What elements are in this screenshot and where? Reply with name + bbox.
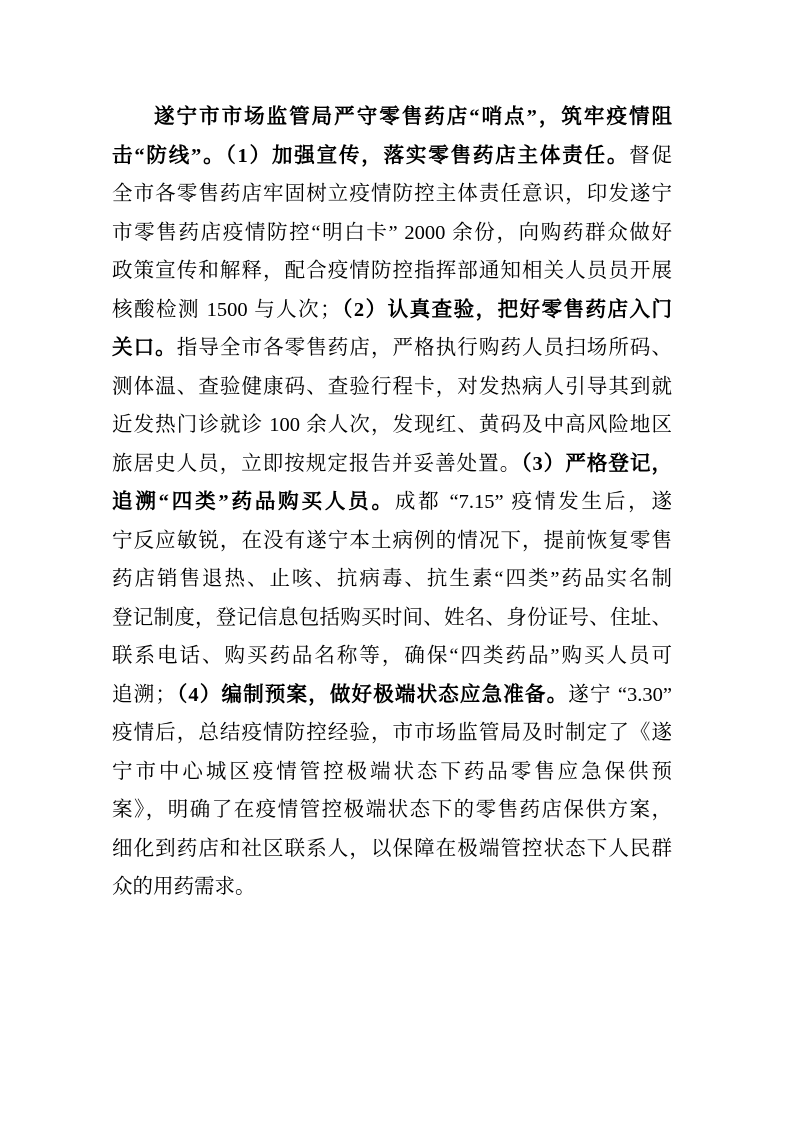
text-line: 案》，明确了在疫情管控极端状态下的零售药店保供方案， bbox=[112, 791, 672, 830]
text-segment: 药店销售退热、止咳、抗病毒、抗生素“四类”药品实名制 bbox=[112, 568, 672, 590]
text-segment: 疫情后，总结疫情防控经验，市市场监管局及时制定了《遂 bbox=[112, 722, 672, 744]
text-line: 关口。指导全市各零售药店，严格执行购药人员扫场所码、 bbox=[112, 329, 672, 368]
bold-text-segment: （2）认真查验，把好零售药店入门 bbox=[341, 299, 672, 321]
text-line: 近发热门诊就诊 100 余人次，发现红、黄码及中高风险地区 bbox=[112, 406, 672, 445]
text-line: 遂宁市市场监管局严守零售药店“哨点”，筑牢疫情阻 bbox=[112, 98, 672, 137]
text-line: 药店销售退热、止咳、抗病毒、抗生素“四类”药品实名制 bbox=[112, 560, 672, 599]
text-segment: 宁市中心城区疫情管控极端状态下药品零售应急保供预 bbox=[112, 761, 672, 783]
text-line: 细化到药店和社区联系人，以保障在极端管控状态下人民群 bbox=[112, 830, 672, 869]
text-segment: 督促 bbox=[629, 145, 672, 167]
bold-text-segment: 击“防线”。（1）加强宣传，落实零售药店主体责任。 bbox=[112, 145, 629, 167]
text-segment: 案》，明确了在疫情管控极端状态下的零售药店保供方案， bbox=[112, 799, 672, 821]
text-line: 登记制度，登记信息包括购买时间、姓名、身份证号、住址、 bbox=[112, 599, 672, 638]
text-segment: 全市各零售药店牢固树立疫情防控主体责任意识，印发遂宁 bbox=[112, 183, 672, 205]
bold-text-segment: 遂宁市市场监管局严守零售药店“哨点”，筑牢疫情阻 bbox=[154, 106, 672, 128]
text-segment: 遂宁 “3.30” bbox=[568, 684, 672, 706]
text-line: 击“防线”。（1）加强宣传，落实零售药店主体责任。督促 bbox=[112, 137, 672, 176]
text-segment: 联系电话、购买药品名称等，确保“四类药品”购买人员可 bbox=[112, 645, 672, 667]
text-segment: 细化到药店和社区联系人，以保障在极端管控状态下人民群 bbox=[112, 838, 672, 860]
text-line: 联系电话、购买药品名称等，确保“四类药品”购买人员可 bbox=[112, 637, 672, 676]
bold-text-segment: 关口。 bbox=[112, 337, 177, 359]
text-segment: 市零售药店疫情防控“明白卡” 2000 余份，向购药群众做好 bbox=[112, 222, 672, 244]
bold-text-segment: 追溯“四类”药品购买人员。 bbox=[112, 491, 395, 513]
bold-text-segment: （3）严格登记， bbox=[521, 453, 672, 475]
text-segment: 核酸检测 1500 与人次； bbox=[112, 299, 341, 321]
text-segment: 测体温、查验健康码、查验行程卡，对发热病人引导其到就 bbox=[112, 376, 672, 398]
text-segment: 宁反应敏锐，在没有遂宁本土病例的情况下，提前恢复零售 bbox=[112, 530, 672, 552]
document-paragraph: 遂宁市市场监管局严守零售药店“哨点”，筑牢疫情阻击“防线”。（1）加强宣传，落实… bbox=[112, 98, 672, 907]
text-segment: 成都 “7.15” 疫情发生后，遂 bbox=[395, 491, 672, 513]
text-segment: 指导全市各零售药店，严格执行购药人员扫场所码、 bbox=[177, 337, 672, 359]
text-line: 核酸检测 1500 与人次；（2）认真查验，把好零售药店入门 bbox=[112, 291, 672, 330]
text-line: 宁反应敏锐，在没有遂宁本土病例的情况下，提前恢复零售 bbox=[112, 522, 672, 561]
text-segment: 旅居史人员，立即按规定报告并妥善处置。 bbox=[112, 453, 521, 475]
text-line: 测体温、查验健康码、查验行程卡，对发热病人引导其到就 bbox=[112, 368, 672, 407]
text-line: 追溯；（4）编制预案，做好极端状态应急准备。遂宁 “3.30” bbox=[112, 676, 672, 715]
text-segment: 政策宣传和解释，配合疫情防控指挥部通知相关人员员开展 bbox=[112, 260, 672, 282]
text-line: 旅居史人员，立即按规定报告并妥善处置。（3）严格登记， bbox=[112, 445, 672, 484]
bold-text-segment: （4）编制预案，做好极端状态应急准备。 bbox=[176, 684, 568, 706]
text-segment: 近发热门诊就诊 100 余人次，发现红、黄码及中高风险地区 bbox=[112, 414, 672, 436]
text-line: 追溯“四类”药品购买人员。成都 “7.15” 疫情发生后，遂 bbox=[112, 483, 672, 522]
text-line: 全市各零售药店牢固树立疫情防控主体责任意识，印发遂宁 bbox=[112, 175, 672, 214]
text-segment: 登记制度，登记信息包括购买时间、姓名、身份证号、住址、 bbox=[112, 607, 672, 629]
text-line: 政策宣传和解释，配合疫情防控指挥部通知相关人员员开展 bbox=[112, 252, 672, 291]
text-segment: 众的用药需求。 bbox=[112, 876, 256, 898]
document-page: 遂宁市市场监管局严守零售药店“哨点”，筑牢疫情阻击“防线”。（1）加强宣传，落实… bbox=[0, 0, 793, 1122]
text-line: 市零售药店疫情防控“明白卡” 2000 余份，向购药群众做好 bbox=[112, 214, 672, 253]
text-line: 宁市中心城区疫情管控极端状态下药品零售应急保供预 bbox=[112, 753, 672, 792]
text-line: 疫情后，总结疫情防控经验，市市场监管局及时制定了《遂 bbox=[112, 714, 672, 753]
text-segment: 追溯； bbox=[112, 684, 176, 706]
text-line: 众的用药需求。 bbox=[112, 868, 672, 907]
